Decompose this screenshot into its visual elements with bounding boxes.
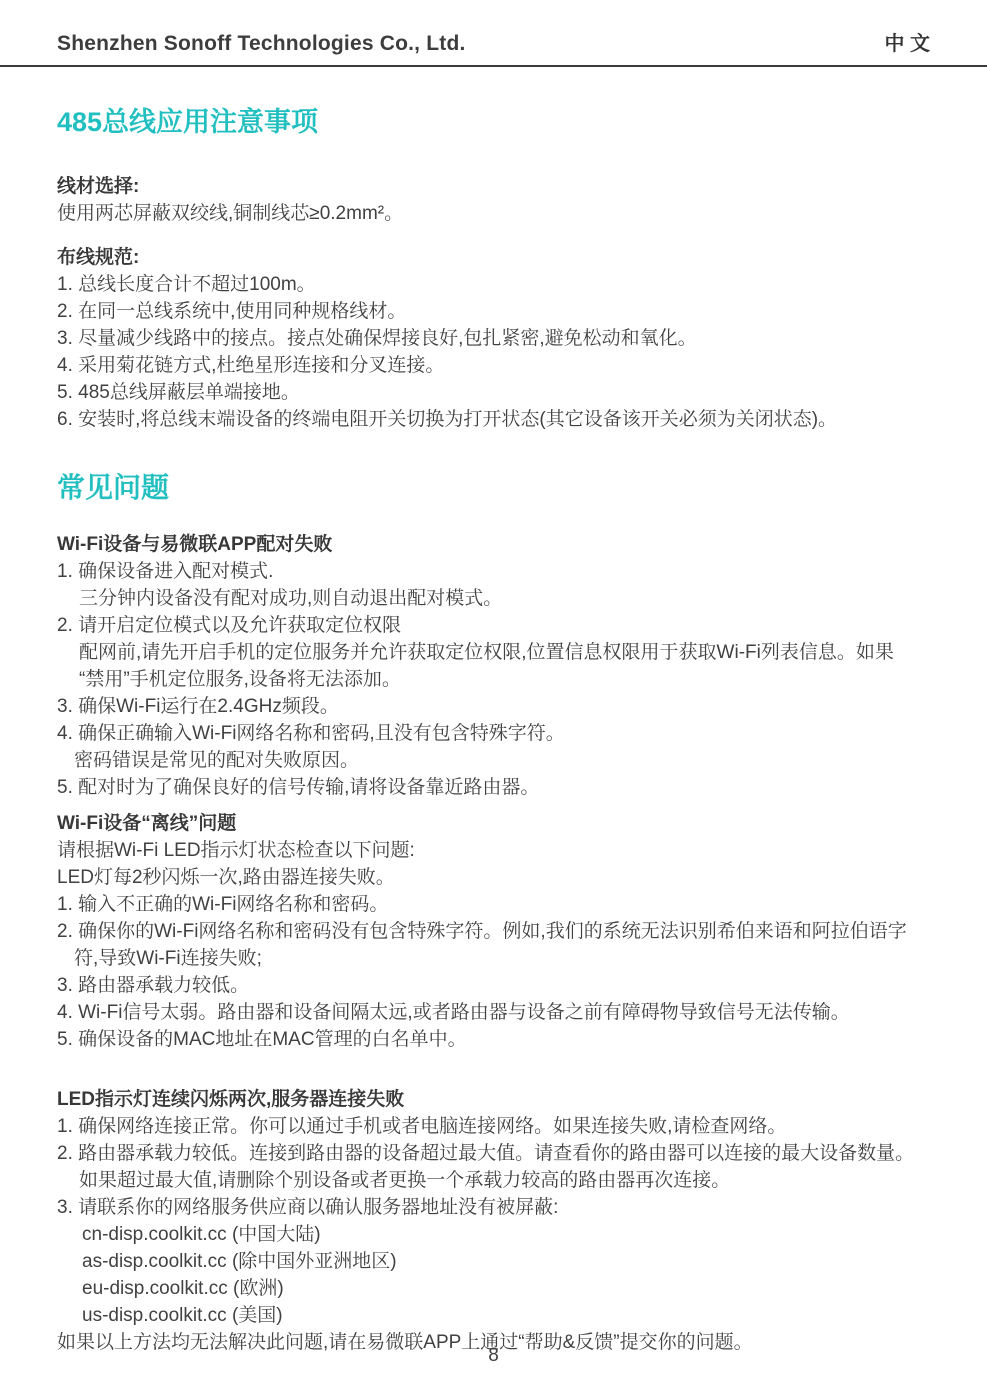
list-item: 3. 确保Wi-Fi运行在2.4GHz频段。 bbox=[57, 693, 930, 720]
page-footer: 8 bbox=[0, 1345, 987, 1367]
wiring-spec-title: 布线规范: bbox=[57, 244, 930, 271]
list-item: 3. 路由器承载力较低。 bbox=[57, 972, 930, 999]
server-address-eu: eu-disp.coolkit.cc (欧洲) bbox=[57, 1275, 930, 1302]
text-line: 请根据Wi-Fi LED指示灯状态检查以下问题: bbox=[57, 837, 930, 864]
list-item-continuation: 密码错误是常见的配对失败原因。 bbox=[57, 747, 930, 774]
language-label: 中 文 bbox=[884, 27, 930, 56]
list-item-continuation: 三分钟内设备没有配对成功,则自动退出配对模式。 bbox=[57, 585, 930, 612]
list-item: 3. 尽量减少线路中的接点。接点处确保焊接良好,包扎紧密,避免松动和氧化。 bbox=[57, 325, 930, 352]
list-item: 4. Wi-Fi信号太弱。路由器和设备间隔太远,或者路由器与设备之前有障碍物导致… bbox=[57, 999, 930, 1026]
list-item: 5. 配对时为了确保良好的信号传输,请将设备靠近路由器。 bbox=[57, 774, 930, 801]
faq-group-server-failure: LED指示灯连续闪烁两次,服务器连接失败 1. 确保网络连接正常。你可以通过手机… bbox=[57, 1086, 930, 1356]
server-address-cn: cn-disp.coolkit.cc (中国大陆) bbox=[57, 1221, 930, 1248]
list-item: 5. 485总线屏蔽层单端接地。 bbox=[57, 379, 930, 406]
list-item: 2. 在同一总线系统中,使用同种规格线材。 bbox=[57, 298, 930, 325]
faq-group-title: LED指示灯连续闪烁两次,服务器连接失败 bbox=[57, 1086, 930, 1113]
list-item: 1. 总线长度合计不超过100m。 bbox=[57, 271, 930, 298]
list-item: 2. 路由器承载力较低。连接到路由器的设备超过最大值。请查看你的路由器可以连接的… bbox=[57, 1140, 930, 1167]
list-item: 1. 确保设备进入配对模式. bbox=[57, 558, 930, 585]
faq-group-pairing-failure: Wi-Fi设备与易微联APP配对失败 1. 确保设备进入配对模式. 三分钟内设备… bbox=[57, 531, 930, 801]
list-item-continuation: “禁用”手机定位服务,设备将无法添加。 bbox=[57, 666, 930, 693]
header-bar: Shenzhen Sonoff Technologies Co., Ltd. 中… bbox=[0, 0, 987, 65]
page-header: Shenzhen Sonoff Technologies Co., Ltd. 中… bbox=[0, 0, 987, 67]
list-item: 6. 安装时,将总线末端设备的终端电阻开关切换为打开状态(其它设备该开关必须为关… bbox=[57, 406, 930, 433]
server-address-as: as-disp.coolkit.cc (除中国外亚洲地区) bbox=[57, 1248, 930, 1275]
wire-choice-text: 使用两芯屏蔽双绞线,铜制线芯≥0.2mm²。 bbox=[57, 200, 930, 227]
list-item-continuation: 配网前,请先开启手机的定位服务并允许获取定位权限,位置信息权限用于获取Wi-Fi… bbox=[57, 639, 930, 666]
wire-choice-block: 线材选择: 使用两芯屏蔽双绞线,铜制线芯≥0.2mm²。 bbox=[57, 173, 930, 227]
list-item: 4. 确保正确输入Wi-Fi网络名称和密码,且没有包含特殊字符。 bbox=[57, 720, 930, 747]
list-item: 1. 确保网络连接正常。你可以通过手机或者电脑连接网络。如果连接失败,请检查网络… bbox=[57, 1113, 930, 1140]
list-item: 2. 确保你的Wi-Fi网络名称和密码没有包含特殊字符。例如,我们的系统无法识别… bbox=[57, 918, 930, 945]
page-number: 8 bbox=[488, 1345, 499, 1366]
list-item: 1. 输入不正确的Wi-Fi网络名称和密码。 bbox=[57, 891, 930, 918]
header-divider bbox=[0, 65, 987, 67]
faq-group-title: Wi-Fi设备“离线”问题 bbox=[57, 810, 930, 837]
list-item: 3. 请联系你的网络服务供应商以确认服务器地址没有被屏蔽: bbox=[57, 1194, 930, 1221]
list-item-continuation: 符,导致Wi-Fi连接失败; bbox=[57, 945, 930, 972]
list-item: 4. 采用菊花链方式,杜绝星形连接和分叉连接。 bbox=[57, 352, 930, 379]
document-body: 485总线应用注意事项 线材选择: 使用两芯屏蔽双绞线,铜制线芯≥0.2mm²。… bbox=[0, 105, 987, 1356]
text-line: LED灯每2秒闪烁一次,路由器连接失败。 bbox=[57, 864, 930, 891]
wire-choice-title: 线材选择: bbox=[57, 173, 930, 200]
wiring-spec-block: 布线规范: 1. 总线长度合计不超过100m。 2. 在同一总线系统中,使用同种… bbox=[57, 244, 930, 433]
faq-group-title: Wi-Fi设备与易微联APP配对失败 bbox=[57, 531, 930, 558]
list-item: 5. 确保设备的MAC地址在MAC管理的白名单中。 bbox=[57, 1026, 930, 1053]
section-title-485-bus: 485总线应用注意事项 bbox=[57, 105, 930, 139]
list-item-continuation: 如果超过最大值,请删除个别设备或者更换一个承载力较高的路由器再次连接。 bbox=[57, 1167, 930, 1194]
section-title-faq: 常见问题 bbox=[57, 471, 930, 505]
server-address-us: us-disp.coolkit.cc (美国) bbox=[57, 1302, 930, 1329]
company-name: Shenzhen Sonoff Technologies Co., Ltd. bbox=[57, 32, 466, 56]
list-item: 2. 请开启定位模式以及允许获取定位权限 bbox=[57, 612, 930, 639]
faq-group-offline-issue: Wi-Fi设备“离线”问题 请根据Wi-Fi LED指示灯状态检查以下问题: L… bbox=[57, 810, 930, 1053]
